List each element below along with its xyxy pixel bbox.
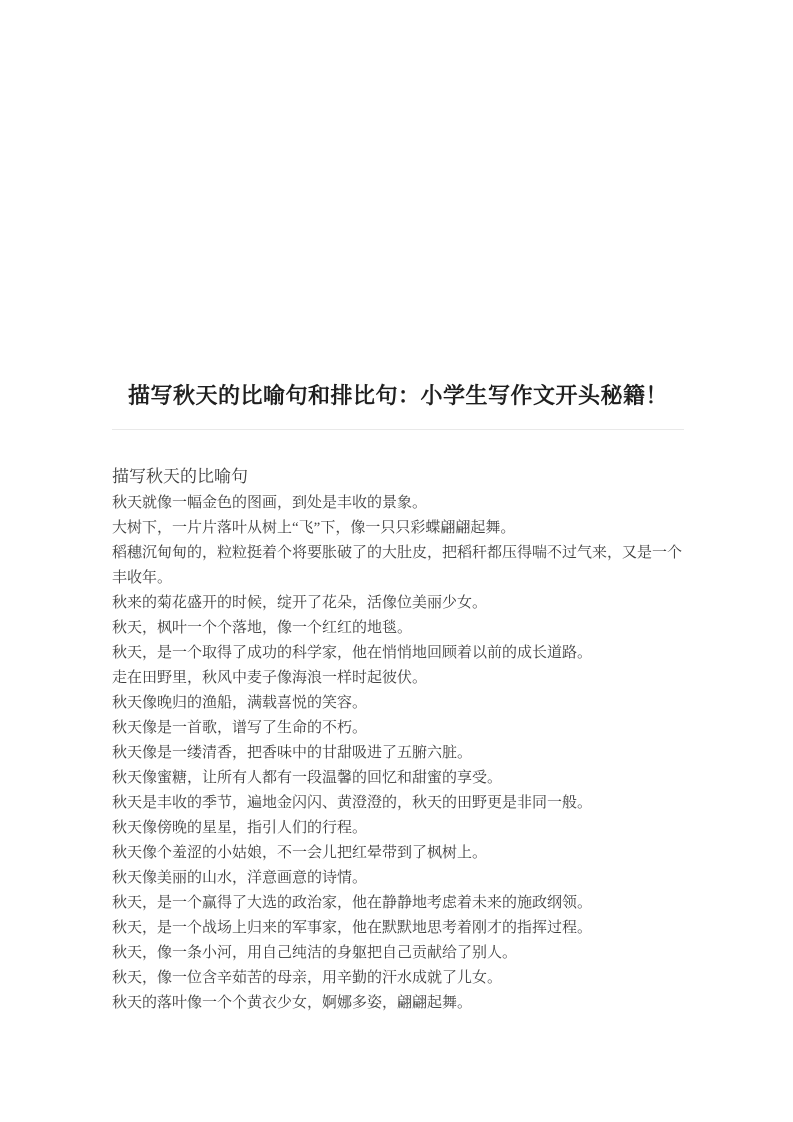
sentence: 稻穗沉甸甸的，粒粒挺着个将要胀破了的大肚皮，把稻秆都压得喘不过气来，又是一个丰收… (112, 541, 684, 591)
sentence: 秋来的菊花盛开的时候，绽开了花朵，活像位美丽少女。 (112, 591, 684, 616)
sentence: 秋天的落叶像一个个黄衣少女，婀娜多姿，翩翩起舞。 (112, 991, 684, 1016)
sentence: 秋天就像一幅金色的图画，到处是丰收的景象。 (112, 491, 684, 516)
sentence: 秋天，是一个战场上归来的军事家，他在默默地思考着刚才的指挥过程。 (112, 916, 684, 941)
sentence: 秋天，像一位含辛茹苦的母亲，用辛勤的汗水成就了儿女。 (112, 966, 684, 991)
document-content: 描写秋天的比喻句和排比句：小学生写作文开头秘籍！ 描写秋天的比喻句 秋天就像一幅… (112, 0, 684, 1016)
sentence: 秋天像美丽的山水，洋意画意的诗情。 (112, 866, 684, 891)
document-page: 描写秋天的比喻句和排比句：小学生写作文开头秘籍！ 描写秋天的比喻句 秋天就像一幅… (0, 0, 793, 1122)
sentence: 秋天像蜜糖，让所有人都有一段温馨的回忆和甜蜜的享受。 (112, 766, 684, 791)
page-title: 描写秋天的比喻句和排比句：小学生写作文开头秘籍！ (112, 0, 684, 412)
sentence: 走在田野里，秋风中麦子像海浪一样时起彼伏。 (112, 666, 684, 691)
sentence: 秋天像晚归的渔船，满载喜悦的笑容。 (112, 691, 684, 716)
title-divider (112, 429, 684, 430)
sentence: 秋天，是一个取得了成功的科学家，他在悄悄地回顾着以前的成长道路。 (112, 641, 684, 666)
sentence: 秋天像傍晚的星星，指引人们的行程。 (112, 816, 684, 841)
article-body: 秋天就像一幅金色的图画，到处是丰收的景象。 大树下，一片片落叶从树上“飞”下，像… (112, 491, 684, 1016)
sentence: 大树下，一片片落叶从树上“飞”下，像一只只彩蝶翩翩起舞。 (112, 516, 684, 541)
sentence: 秋天是丰收的季节，遍地金闪闪、黄澄澄的，秋天的田野更是非同一般。 (112, 791, 684, 816)
sentence: 秋天，像一条小河，用自己纯洁的身躯把自己贡献给了别人。 (112, 941, 684, 966)
sentence: 秋天像是一缕清香，把香味中的甘甜吸进了五腑六脏。 (112, 741, 684, 766)
sentence: 秋天像是一首歌，谱写了生命的不朽。 (112, 716, 684, 741)
section-heading: 描写秋天的比喻句 (112, 465, 684, 489)
sentence: 秋天，枫叶一个个落地，像一个红红的地毯。 (112, 616, 684, 641)
sentence: 秋天，是一个赢得了大选的政治家，他在静静地考虑着未来的施政纲领。 (112, 891, 684, 916)
sentence: 秋天像个羞涩的小姑娘，不一会儿把红晕带到了枫树上。 (112, 841, 684, 866)
